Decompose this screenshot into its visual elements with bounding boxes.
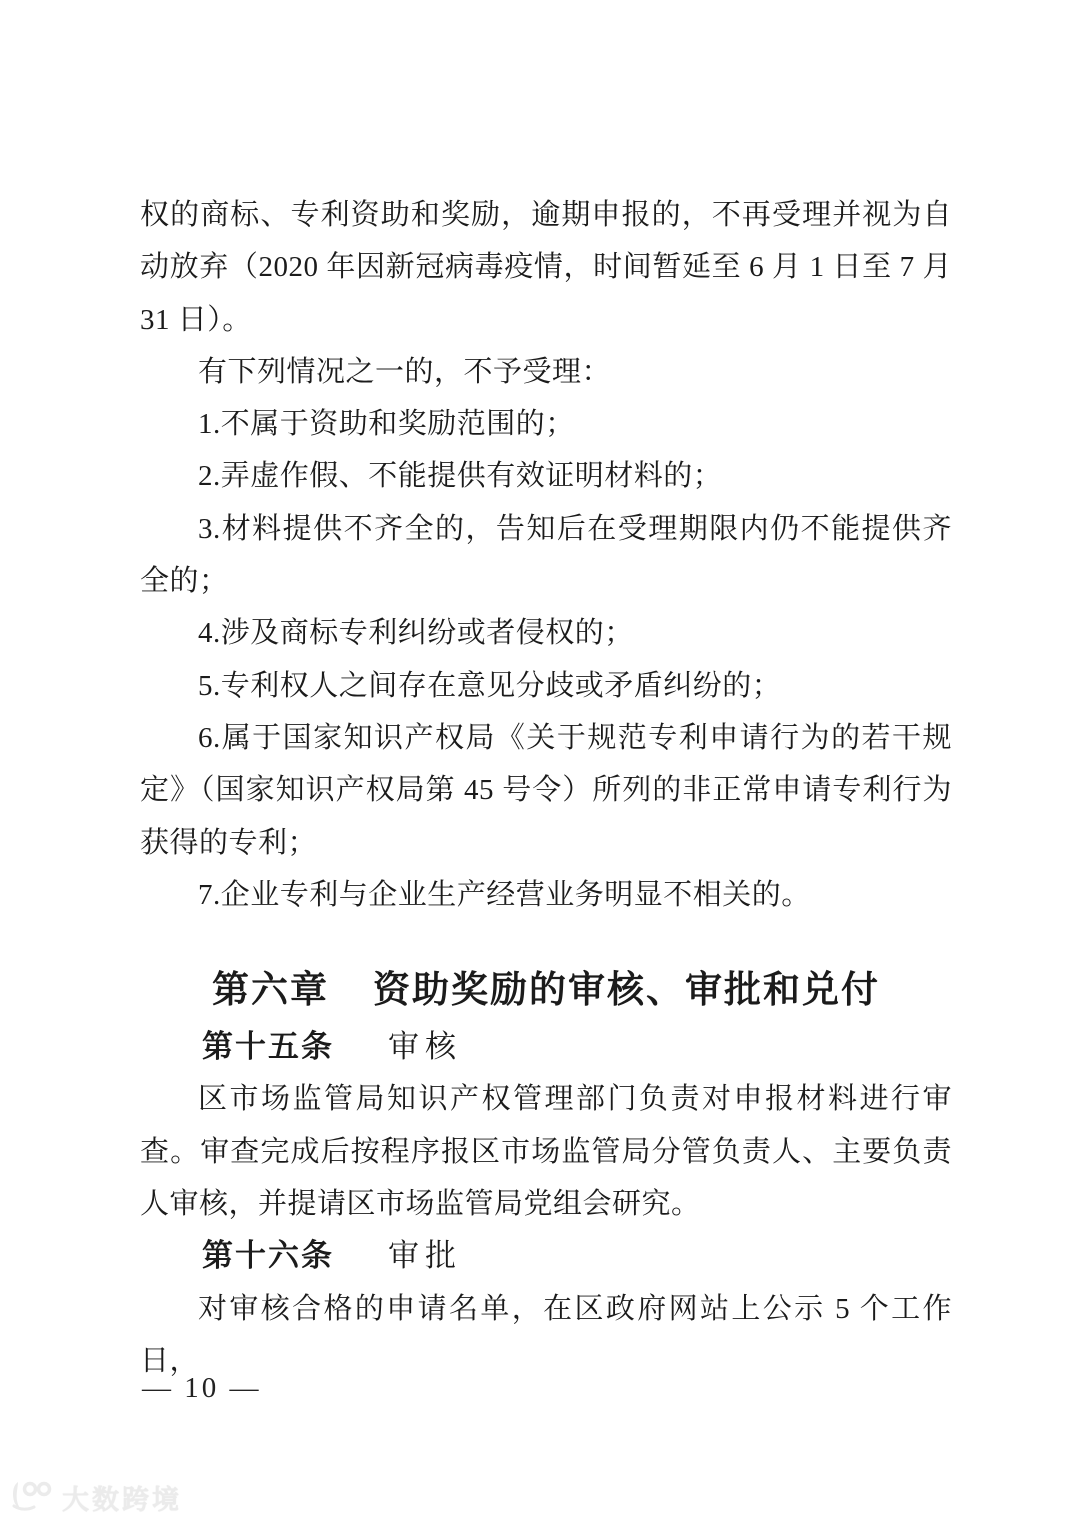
watermark-logo-icon	[8, 1478, 54, 1517]
condition-item-5: 5.专利权人之间存在意见分歧或矛盾纠纷的；	[140, 660, 952, 712]
condition-item-4: 4.涉及商标专利纠纷或者侵权的；	[140, 607, 952, 659]
article-16-title: 审批	[388, 1238, 462, 1273]
intro-line: 有下列情况之一的，不予受理：	[140, 346, 952, 398]
continuation-paragraph: 权的商标、专利资助和奖励，逾期申报的，不再受理并视为自动放弃（2020 年因新冠…	[140, 189, 952, 346]
condition-item-3: 3.材料提供不齐全的，告知后在受理期限内仍不能提供齐全的；	[140, 503, 952, 608]
article-16-label: 第十六条	[202, 1238, 334, 1273]
article-15-label: 第十五条	[202, 1029, 334, 1064]
condition-item-2: 2.弄虚作假、不能提供有效证明材料的；	[140, 450, 952, 502]
document-page: 权的商标、专利资助和奖励，逾期申报的，不再受理并视为自动放弃（2020 年因新冠…	[0, 0, 1080, 1527]
article-15-body: 区市场监管局知识产权管理部门负责对申报材料进行审查。审查完成后按程序报区市场监管…	[140, 1073, 952, 1230]
watermark: 大数跨境	[8, 1478, 182, 1517]
condition-item-7: 7.企业专利与企业生产经营业务明显不相关的。	[140, 869, 952, 921]
article-15-heading: 第十五条审核	[140, 1021, 952, 1073]
chapter-title: 资助奖励的审核、审批和兑付	[373, 970, 880, 1011]
page-number: — 10 —	[142, 1372, 262, 1405]
article-15-title: 审核	[388, 1029, 462, 1064]
condition-item-1: 1.不属于资助和奖励范围的；	[140, 398, 952, 450]
chapter-heading: 第六章资助奖励的审核、审批和兑付	[140, 963, 952, 1019]
chapter-number: 第六章	[212, 970, 329, 1011]
article-16-heading: 第十六条审批	[140, 1230, 952, 1282]
document-body: 权的商标、专利资助和奖励，逾期申报的，不再受理并视为自动放弃（2020 年因新冠…	[140, 189, 952, 1387]
watermark-text: 大数跨境	[62, 1478, 182, 1517]
condition-item-6: 6.属于国家知识产权局《关于规范专利申请行为的若干规定》（国家知识产权局第 45…	[140, 712, 952, 869]
